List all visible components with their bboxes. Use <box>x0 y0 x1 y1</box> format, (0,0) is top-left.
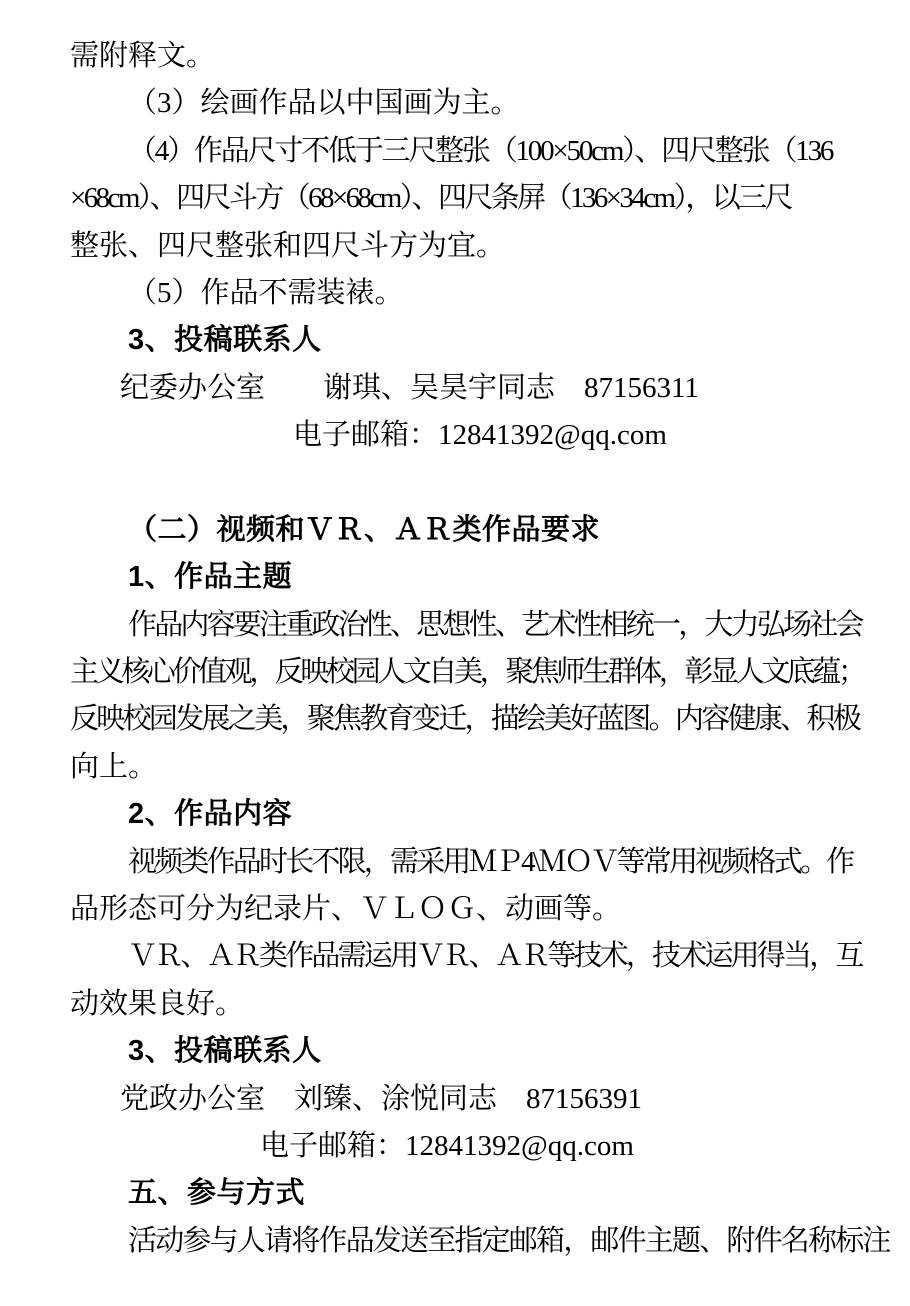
text-line: 向上。 <box>70 744 860 791</box>
text-line: 党政办公室 刘臻、涂悦同志 87156391 <box>70 1076 860 1123</box>
text-line: （4）作品尺寸不低于三尺整张（100×50cm）、四尺整张（136 <box>70 128 860 175</box>
text-line: （3）绘画作品以中国画为主。 <box>70 80 860 127</box>
section-heading: 3、投稿联系人 <box>70 1028 860 1075</box>
document-body: 需附释文。（3）绘画作品以中国画为主。（4）作品尺寸不低于三尺整张（100×50… <box>70 33 860 1265</box>
text-line: 需附释文。 <box>70 33 860 80</box>
text-line: ×68cm）、四尺斗方（68×68cm）、四尺条屏（136×34cm），以三尺 <box>70 175 860 222</box>
text-line: 视频类作品时长不限，需采用ＭＰ4\ＭＯＶ等常用视频格式。作 <box>70 839 860 886</box>
text-line: 电子邮箱：12841392@qq.com <box>70 412 860 459</box>
section-heading: （二）视频和ＶＲ、ＡＲ类作品要求 <box>70 507 860 554</box>
text-line: 活动参与人请将作品发送至指定邮箱，邮件主题、附件名称标注 <box>70 1218 860 1265</box>
text-line: 整张、四尺整张和四尺斗方为宜。 <box>70 223 860 270</box>
section-heading: 1、作品主题 <box>70 554 860 601</box>
section-heading: 3、投稿联系人 <box>70 317 860 364</box>
text-line: ＶＲ、ＡＲ类作品需运用ＶＲ、ＡＲ等技术，技术运用得当，互 <box>70 933 860 980</box>
text-line: 品形态可分为纪录片、ＶＬＯＧ、动画等。 <box>70 886 860 933</box>
blank-line <box>70 460 860 507</box>
text-line: 主义核心价值观，反映校园人文自美，聚焦师生群体，彰显人文底蕴； <box>70 649 860 696</box>
text-line: 电子邮箱：12841392@qq.com <box>70 1123 860 1170</box>
text-line: （5）作品不需装裱。 <box>70 270 860 317</box>
document-page: 需附释文。（3）绘画作品以中国画为主。（4）作品尺寸不低于三尺整张（100×50… <box>0 0 910 1306</box>
text-line: 动效果良好。 <box>70 981 860 1028</box>
text-line: 作品内容要注重政治性、思想性、艺术性相统一，大力弘场社会 <box>70 602 860 649</box>
text-line: 纪委办公室 谢琪、吴昊宇同志 87156311 <box>70 365 860 412</box>
text-line: 反映校园发展之美，聚焦教育变迁，描绘美好蓝图。内容健康、积极 <box>70 696 860 743</box>
section-heading: 五、参与方式 <box>70 1170 860 1217</box>
section-heading: 2、作品内容 <box>70 791 860 838</box>
